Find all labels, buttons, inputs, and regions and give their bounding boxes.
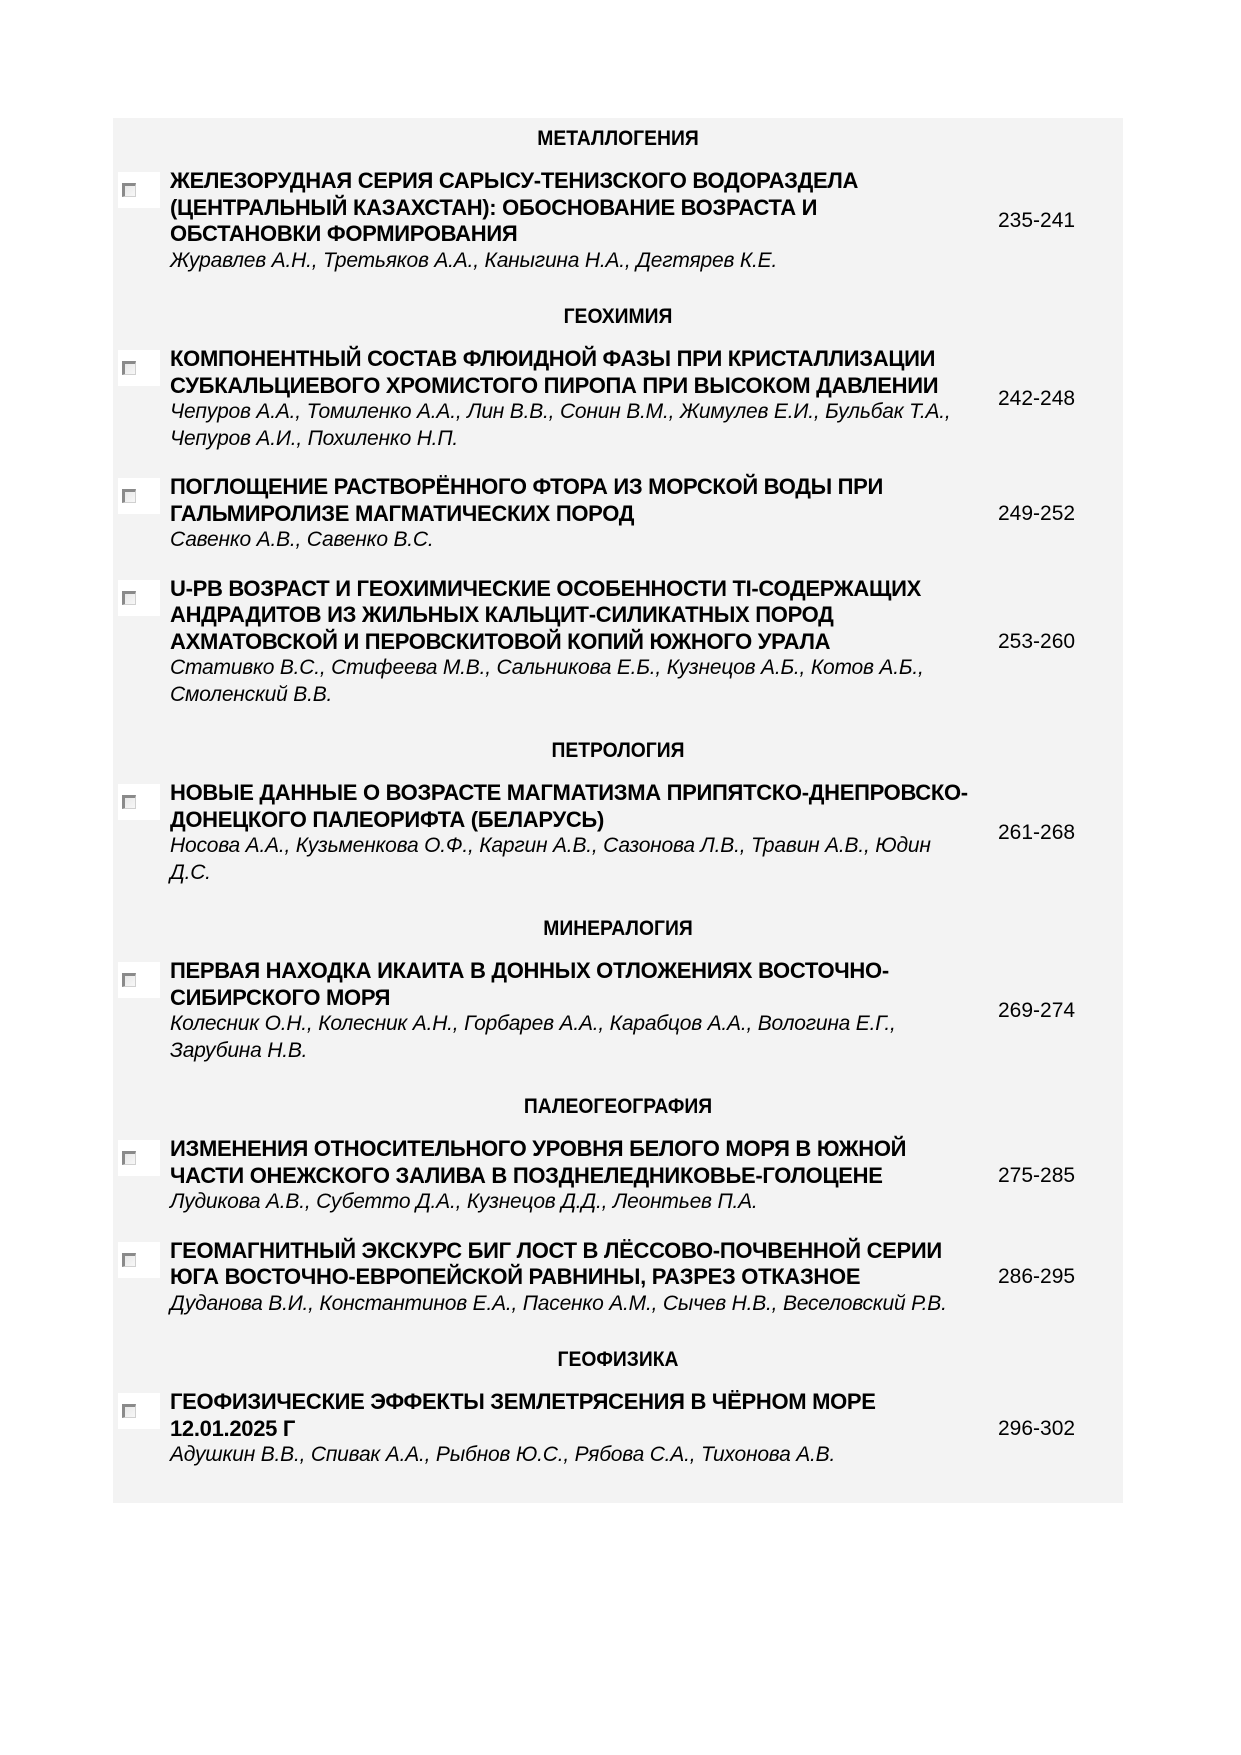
- article-pages: 275-285: [998, 1163, 1075, 1189]
- section-title: ПАЛЕОГЕОГРАФИЯ: [153, 1086, 1082, 1136]
- article-body: ПЕРВАЯ НАХОДКА ИКАИТА В ДОННЫХ ОТЛОЖЕНИЯ…: [170, 958, 970, 1064]
- article-icon-cell: [113, 1136, 170, 1216]
- toc-section: ПАЛЕОГЕОГРАФИЯ ИЗМЕНЕНИЯ ОТНОСИТЕЛЬНОГО …: [113, 1086, 1123, 1339]
- article-pages: 242-248: [998, 386, 1075, 412]
- article-checkbox[interactable]: [118, 784, 160, 820]
- article-title-link[interactable]: ГЕОФИЗИЧЕСКИЕ ЭФФЕКТЫ ЗЕМЛЕТРЯСЕНИЯ В ЧЁ…: [170, 1389, 970, 1442]
- article-entry: ПОГЛОЩЕНИЕ РАСТВОРЁННОГО ФТОРА ИЗ МОРСКО…: [113, 474, 1123, 576]
- article-entry: ГЕОФИЗИЧЕСКИЕ ЭФФЕКТЫ ЗЕМЛЕТРЯСЕНИЯ В ЧЁ…: [113, 1389, 1123, 1491]
- toc-section: МЕТАЛЛОГЕНИЯ ЖЕЛЕЗОРУДНАЯ СЕРИЯ САРЫСУ-Т…: [113, 118, 1123, 296]
- article-pages: 235-241: [998, 208, 1075, 234]
- article-checkbox[interactable]: [118, 478, 160, 514]
- article-pages: 286-295: [998, 1264, 1075, 1290]
- toc-section: ГЕОХИМИЯ КОМПОНЕНТНЫЙ СОСТАВ ФЛЮИДНОЙ ФА…: [113, 296, 1123, 730]
- article-pages-cell: 286-295: [970, 1238, 1123, 1318]
- article-title-link[interactable]: ИЗМЕНЕНИЯ ОТНОСИТЕЛЬНОГО УРОВНЯ БЕЛОГО М…: [170, 1136, 970, 1189]
- article-list: ЖЕЛЕЗОРУДНАЯ СЕРИЯ САРЫСУ-ТЕНИЗСКОГО ВОД…: [113, 168, 1123, 296]
- article-icon-cell: [113, 958, 170, 1064]
- article-icon-cell: [113, 780, 170, 886]
- section-title: МИНЕРАЛОГИЯ: [153, 908, 1082, 958]
- article-entry: КОМПОНЕНТНЫЙ СОСТАВ ФЛЮИДНОЙ ФАЗЫ ПРИ КР…: [113, 346, 1123, 474]
- article-pages-cell: 269-274: [970, 958, 1123, 1064]
- broken-image-icon: [122, 1404, 136, 1418]
- article-list: ГЕОФИЗИЧЕСКИЕ ЭФФЕКТЫ ЗЕМЛЕТРЯСЕНИЯ В ЧЁ…: [113, 1389, 1123, 1491]
- article-list: НОВЫЕ ДАННЫЕ О ВОЗРАСТЕ МАГМАТИЗМА ПРИПЯ…: [113, 780, 1123, 908]
- article-body: U-PB ВОЗРАСТ И ГЕОХИМИЧЕСКИЕ ОСОБЕННОСТИ…: [170, 576, 970, 709]
- article-pages: 296-302: [998, 1416, 1075, 1442]
- article-entry: ЖЕЛЕЗОРУДНАЯ СЕРИЯ САРЫСУ-ТЕНИЗСКОГО ВОД…: [113, 168, 1123, 296]
- section-title: ГЕОФИЗИКА: [153, 1339, 1082, 1389]
- article-title-link[interactable]: ГЕОМАГНИТНЫЙ ЭКСКУРС БИГ ЛОСТ В ЛЁССОВО-…: [170, 1238, 970, 1291]
- article-checkbox[interactable]: [118, 1140, 160, 1176]
- toc-section: МИНЕРАЛОГИЯ ПЕРВАЯ НАХОДКА ИКАИТА В ДОНН…: [113, 908, 1123, 1086]
- article-list: ПЕРВАЯ НАХОДКА ИКАИТА В ДОННЫХ ОТЛОЖЕНИЯ…: [113, 958, 1123, 1086]
- article-authors: Чепуров А.А., Томиленко А.А., Лин В.В., …: [170, 399, 970, 452]
- article-body: КОМПОНЕНТНЫЙ СОСТАВ ФЛЮИДНОЙ ФАЗЫ ПРИ КР…: [170, 346, 970, 452]
- article-body: ЖЕЛЕЗОРУДНАЯ СЕРИЯ САРЫСУ-ТЕНИЗСКОГО ВОД…: [170, 168, 970, 274]
- article-entry: ПЕРВАЯ НАХОДКА ИКАИТА В ДОННЫХ ОТЛОЖЕНИЯ…: [113, 958, 1123, 1086]
- article-icon-cell: [113, 346, 170, 452]
- broken-image-icon: [122, 361, 136, 375]
- article-list: КОМПОНЕНТНЫЙ СОСТАВ ФЛЮИДНОЙ ФАЗЫ ПРИ КР…: [113, 346, 1123, 730]
- article-icon-cell: [113, 474, 170, 554]
- article-icon-cell: [113, 168, 170, 274]
- article-title-link[interactable]: НОВЫЕ ДАННЫЕ О ВОЗРАСТЕ МАГМАТИЗМА ПРИПЯ…: [170, 780, 970, 833]
- broken-image-icon: [122, 489, 136, 503]
- article-pages-cell: 249-252: [970, 474, 1123, 554]
- article-authors: Дуданова В.И., Константинов Е.А., Пасенк…: [170, 1291, 970, 1318]
- article-authors: Савенко А.В., Савенко В.С.: [170, 527, 970, 554]
- article-body: НОВЫЕ ДАННЫЕ О ВОЗРАСТЕ МАГМАТИЗМА ПРИПЯ…: [170, 780, 970, 886]
- article-pages-cell: 296-302: [970, 1389, 1123, 1469]
- article-icon-cell: [113, 1238, 170, 1318]
- article-body: ИЗМЕНЕНИЯ ОТНОСИТЕЛЬНОГО УРОВНЯ БЕЛОГО М…: [170, 1136, 970, 1216]
- article-checkbox[interactable]: [118, 172, 160, 208]
- broken-image-icon: [122, 1253, 136, 1267]
- broken-image-icon: [122, 1151, 136, 1165]
- article-authors: Колесник О.Н., Колесник А.Н., Горбарев А…: [170, 1011, 970, 1064]
- article-body: ГЕОФИЗИЧЕСКИЕ ЭФФЕКТЫ ЗЕМЛЕТРЯСЕНИЯ В ЧЁ…: [170, 1389, 970, 1469]
- article-pages: 253-260: [998, 629, 1075, 655]
- article-entry: НОВЫЕ ДАННЫЕ О ВОЗРАСТЕ МАГМАТИЗМА ПРИПЯ…: [113, 780, 1123, 908]
- section-title: ГЕОХИМИЯ: [153, 296, 1082, 346]
- article-pages-cell: 235-241: [970, 168, 1123, 274]
- broken-image-icon: [122, 591, 136, 605]
- article-icon-cell: [113, 576, 170, 709]
- article-checkbox[interactable]: [118, 350, 160, 386]
- article-pages: 261-268: [998, 820, 1075, 846]
- toc-section: ГЕОФИЗИКА ГЕОФИЗИЧЕСКИЕ ЭФФЕКТЫ ЗЕМЛЕТРЯ…: [113, 1339, 1123, 1491]
- toc-section: ПЕТРОЛОГИЯ НОВЫЕ ДАННЫЕ О ВОЗРАСТЕ МАГМА…: [113, 730, 1123, 908]
- section-title: ПЕТРОЛОГИЯ: [153, 730, 1082, 780]
- article-entry: ИЗМЕНЕНИЯ ОТНОСИТЕЛЬНОГО УРОВНЯ БЕЛОГО М…: [113, 1136, 1123, 1238]
- article-title-link[interactable]: ПОГЛОЩЕНИЕ РАСТВОРЁННОГО ФТОРА ИЗ МОРСКО…: [170, 474, 970, 527]
- article-title-link[interactable]: ПЕРВАЯ НАХОДКА ИКАИТА В ДОННЫХ ОТЛОЖЕНИЯ…: [170, 958, 970, 1011]
- broken-image-icon: [122, 973, 136, 987]
- article-pages-cell: 275-285: [970, 1136, 1123, 1216]
- article-pages-cell: 253-260: [970, 576, 1123, 709]
- article-authors: Журавлев А.Н., Третьяков А.А., Каныгина …: [170, 248, 970, 275]
- article-icon-cell: [113, 1389, 170, 1469]
- article-pages: 249-252: [998, 501, 1075, 527]
- article-title-link[interactable]: ЖЕЛЕЗОРУДНАЯ СЕРИЯ САРЫСУ-ТЕНИЗСКОГО ВОД…: [170, 168, 970, 248]
- article-title-link[interactable]: КОМПОНЕНТНЫЙ СОСТАВ ФЛЮИДНОЙ ФАЗЫ ПРИ КР…: [170, 346, 970, 399]
- article-title-link[interactable]: U-PB ВОЗРАСТ И ГЕОХИМИЧЕСКИЕ ОСОБЕННОСТИ…: [170, 576, 970, 656]
- article-authors: Носова А.А., Кузьменкова О.Ф., Каргин А.…: [170, 833, 970, 886]
- article-body: ГЕОМАГНИТНЫЙ ЭКСКУРС БИГ ЛОСТ В ЛЁССОВО-…: [170, 1238, 970, 1318]
- broken-image-icon: [122, 183, 136, 197]
- article-entry: U-PB ВОЗРАСТ И ГЕОХИМИЧЕСКИЕ ОСОБЕННОСТИ…: [113, 576, 1123, 731]
- article-pages-cell: 242-248: [970, 346, 1123, 452]
- article-authors: Адушкин В.В., Спивак А.А., Рыбнов Ю.С., …: [170, 1442, 970, 1469]
- article-list: ИЗМЕНЕНИЯ ОТНОСИТЕЛЬНОГО УРОВНЯ БЕЛОГО М…: [113, 1136, 1123, 1339]
- article-authors: Лудикова А.В., Субетто Д.А., Кузнецов Д.…: [170, 1189, 970, 1216]
- article-body: ПОГЛОЩЕНИЕ РАСТВОРЁННОГО ФТОРА ИЗ МОРСКО…: [170, 474, 970, 554]
- broken-image-icon: [122, 795, 136, 809]
- table-of-contents: МЕТАЛЛОГЕНИЯ ЖЕЛЕЗОРУДНАЯ СЕРИЯ САРЫСУ-Т…: [113, 118, 1123, 1503]
- article-checkbox[interactable]: [118, 1393, 160, 1429]
- article-checkbox[interactable]: [118, 1242, 160, 1278]
- article-entry: ГЕОМАГНИТНЫЙ ЭКСКУРС БИГ ЛОСТ В ЛЁССОВО-…: [113, 1238, 1123, 1340]
- article-pages-cell: 261-268: [970, 780, 1123, 886]
- section-title: МЕТАЛЛОГЕНИЯ: [153, 118, 1082, 168]
- article-checkbox[interactable]: [118, 580, 160, 616]
- article-checkbox[interactable]: [118, 962, 160, 998]
- article-authors: Стативко В.С., Стифеева М.В., Сальникова…: [170, 655, 970, 708]
- article-pages: 269-274: [998, 998, 1075, 1024]
